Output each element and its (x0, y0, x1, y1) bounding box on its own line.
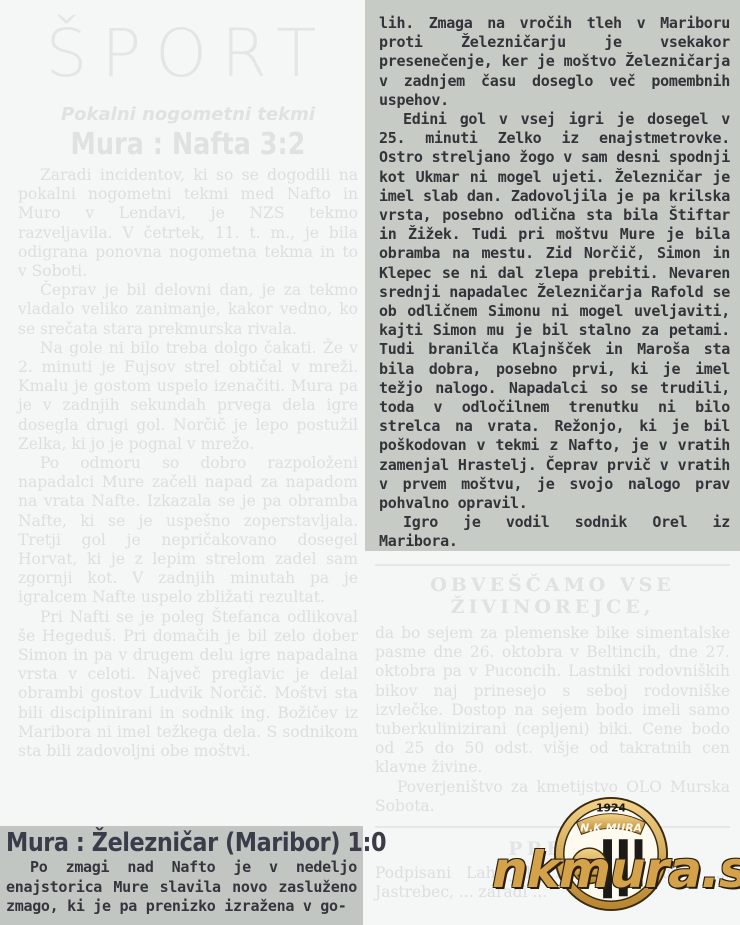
article-headline: Mura : Železničar (Maribor) 1:0 (6, 828, 308, 858)
highlighted-article-continuation: lih. Zmaga na vročih tleh v Mariboru pro… (365, 0, 740, 551)
article-paragraph: Čeprav je bil delovni dan, je za tekmo v… (18, 281, 358, 339)
article-paragraph: Edini gol v vsej igri je dosegel v 25. m… (379, 110, 730, 513)
highlighted-article-mura-zeleznicar: Mura : Železničar (Maribor) 1:0 Po zmagi… (0, 826, 363, 925)
site-wordmark: nkmura.si (492, 841, 740, 899)
article-paragraph: lih. Zmaga na vročih tleh v Mariboru pro… (379, 14, 730, 110)
notice-title: OBVEŠČAMO VSE ŽIVINOREJCE, (375, 574, 730, 618)
article-body: Zaradi incidentov, ki so se dogodili na … (18, 166, 358, 761)
article-kicker: Pokalni nogometni tekmi (18, 104, 358, 125)
section-masthead: ŠPORT (18, 14, 358, 94)
svg-text:1924: 1924 (596, 802, 627, 815)
article-mura-nafta: ŠPORT Pokalni nogometni tekmi Mura : Naf… (18, 0, 358, 761)
article-paragraph: Pri Nafti se je poleg Štefanca odlikoval… (18, 608, 358, 762)
article-paragraph: Po odmoru so dobro razpoloženi napadalci… (18, 454, 358, 608)
notice-paragraph: da bo sejem za plemenske bike simentalsk… (375, 624, 730, 778)
article-paragraph: Zaradi incidentov, ki so se dogodili na … (18, 166, 358, 281)
article-headline: Mura : Nafta 3:2 (44, 127, 333, 162)
nkmura-watermark: 1924 N.K.MURA nkmura.si (492, 795, 737, 925)
article-paragraph: Po zmagi nad Nafto je v nedeljo enajstor… (6, 858, 357, 917)
article-paragraph: Na gole ni bilo treba dolgo čakati. Že v… (18, 339, 358, 454)
article-paragraph: Igro je vodil sodnik Orel iz Maribora. (379, 513, 730, 551)
divider (375, 564, 730, 566)
svg-text:N.K.MURA: N.K.MURA (580, 821, 642, 834)
